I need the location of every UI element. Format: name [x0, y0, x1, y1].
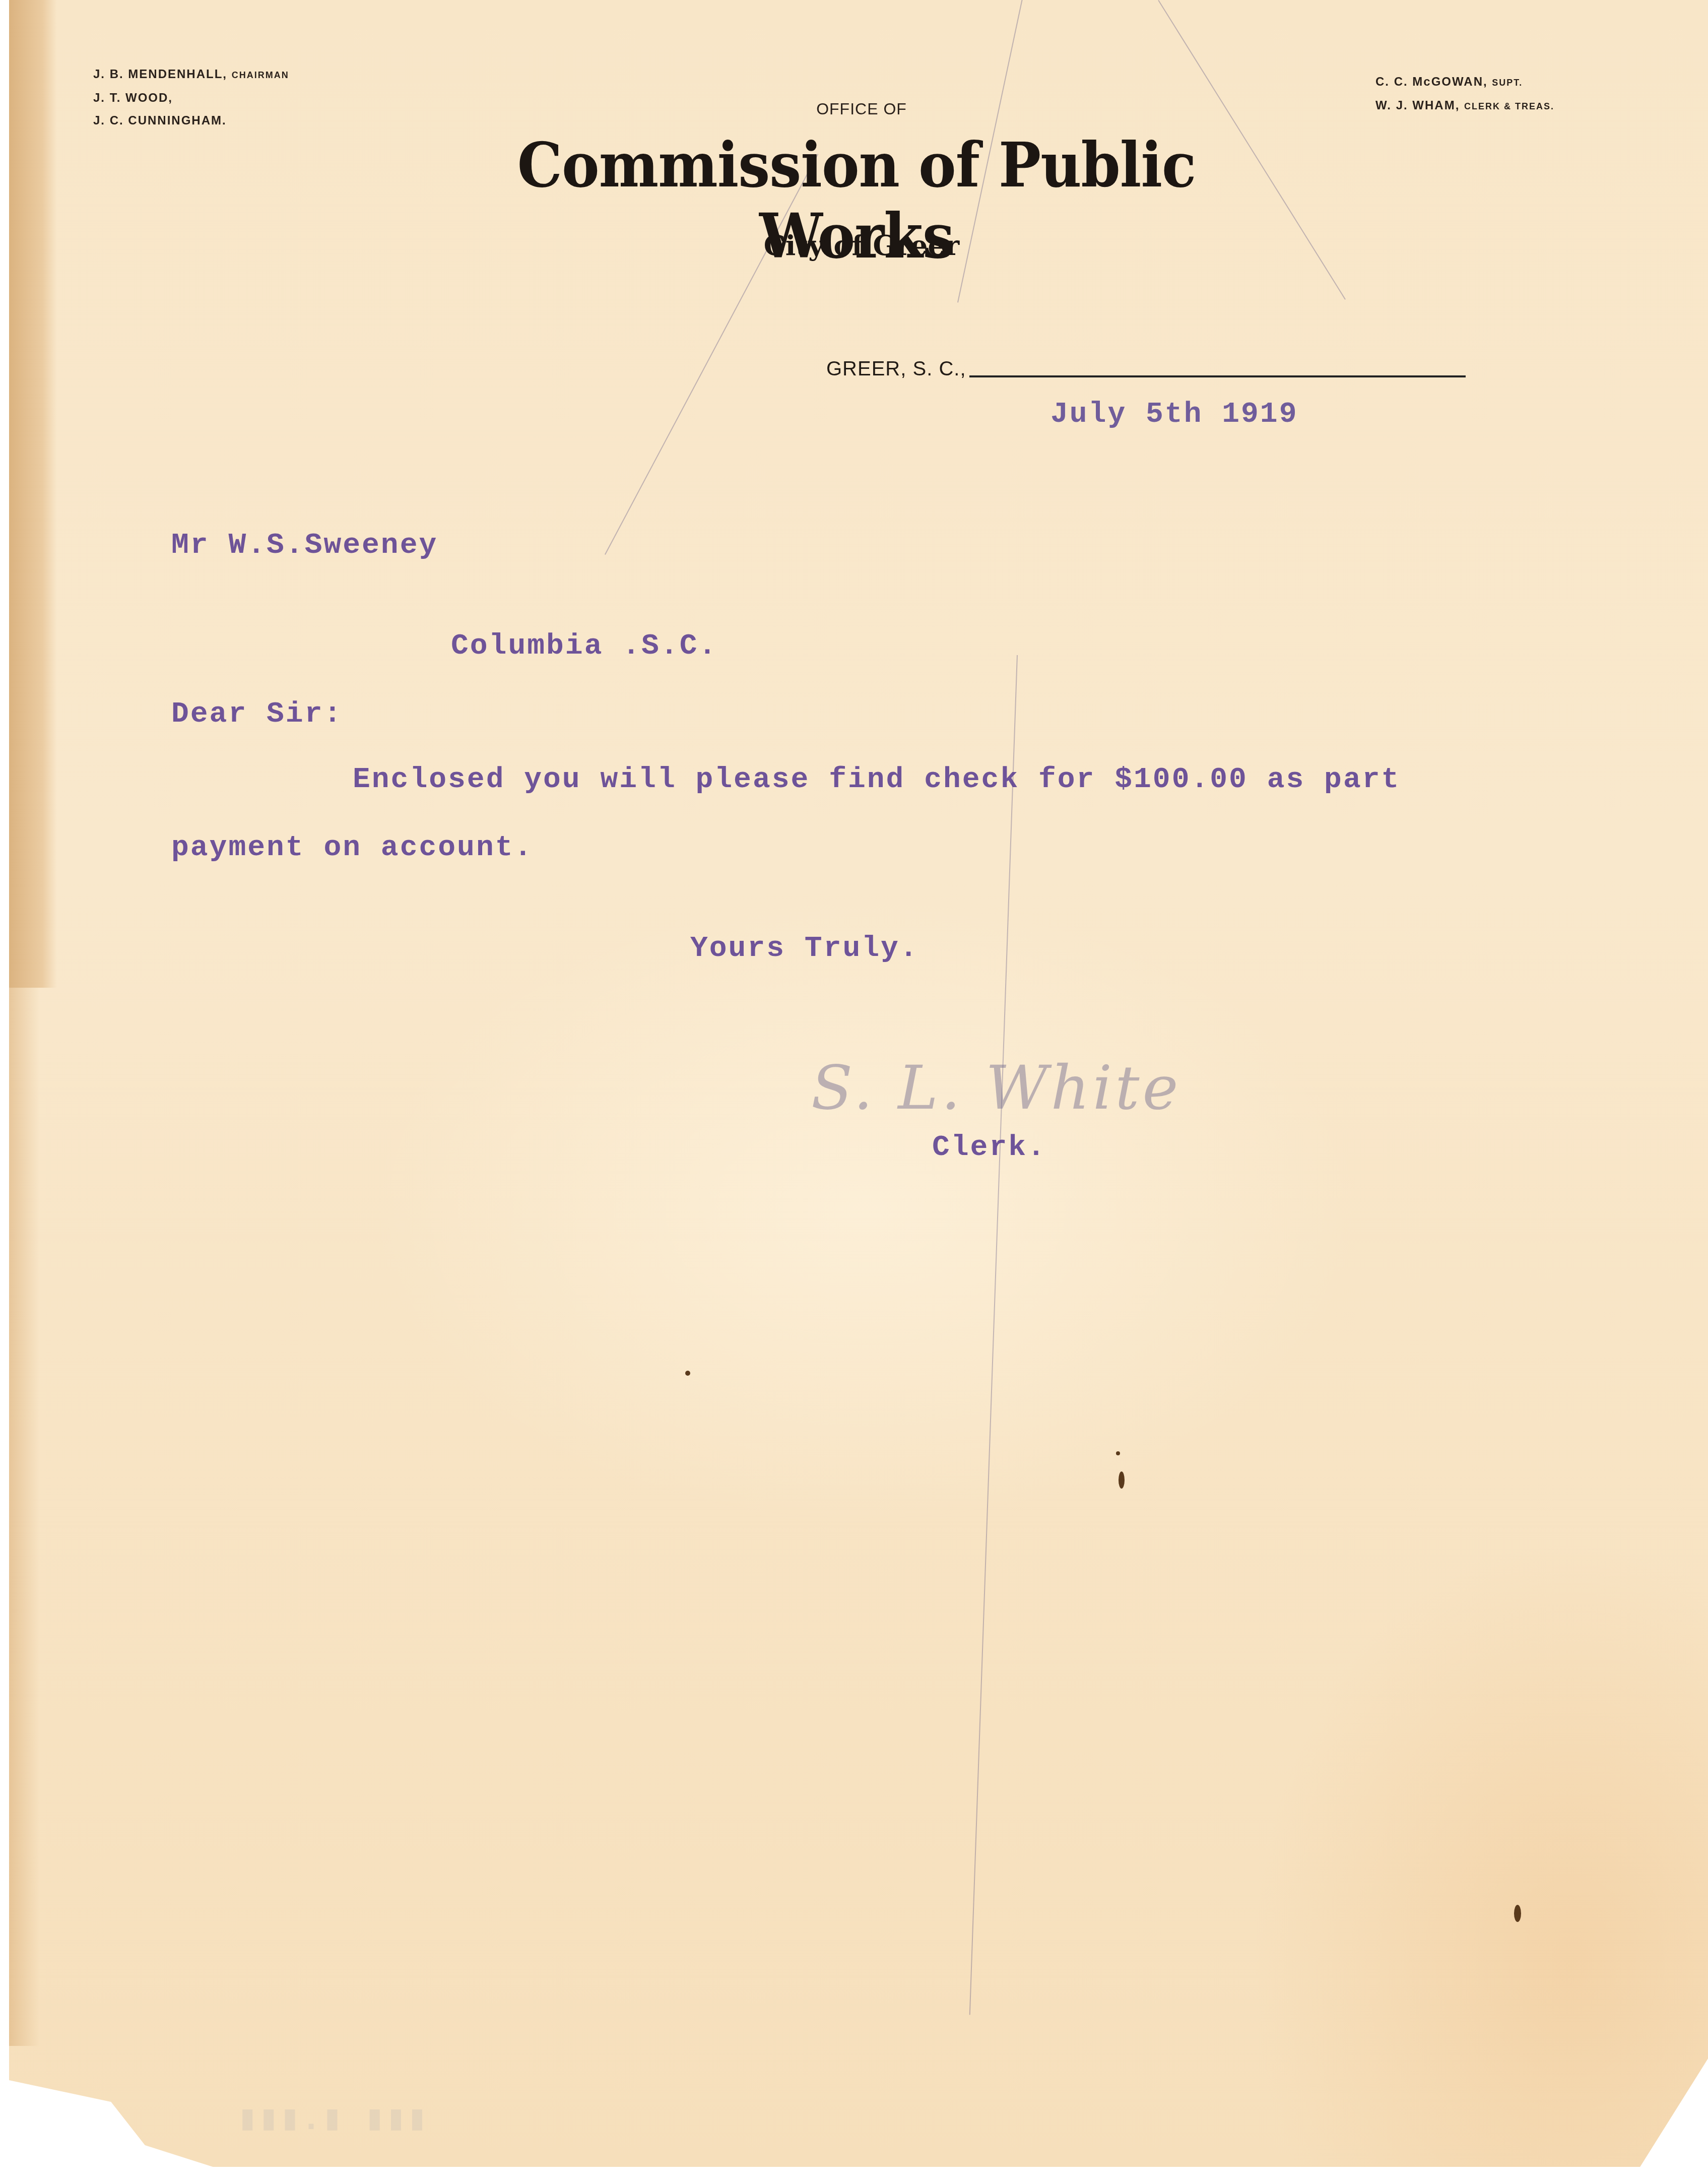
officer-line: J. C. CUNNINGHAM.: [93, 109, 289, 132]
place-label: GREER, S. C.,: [826, 358, 966, 380]
ink-spot: [1119, 1471, 1125, 1489]
ink-spot: [1116, 1451, 1120, 1455]
letterhead-officers-right: C. C. McGOWAN, SUPT. W. J. WHAM, CLERK &…: [1375, 71, 1554, 118]
letter-date: July 5th 1919: [1050, 398, 1298, 431]
letterhead-subtitle: City of Greer: [705, 229, 1018, 262]
bleed-through-marks: ▮▮▮ ▮.▮▮▮: [237, 2096, 428, 2140]
place-date-line: GREER, S. C.,: [826, 358, 1466, 380]
officer-line: J. B. MENDENHALL, CHAIRMAN: [93, 63, 289, 87]
salutation: Dear Sir:: [171, 698, 343, 731]
officer-line: W. J. WHAM, CLERK & TREAS.: [1375, 94, 1554, 118]
ink-spot: [685, 1371, 690, 1376]
office-of-label: OFFICE OF: [806, 100, 917, 118]
recipient-name: Mr W.S.Sweeney: [171, 529, 438, 562]
signer-title: Clerk.: [932, 1131, 1046, 1164]
body-line: Enclosed you will please find check for …: [353, 763, 1400, 796]
date-rule: [969, 375, 1466, 377]
body-line: payment on account.: [171, 831, 533, 864]
officer-line: J. T. WOOD,: [93, 87, 289, 109]
recipient-city: Columbia .S.C.: [451, 630, 717, 663]
handwritten-signature: S. L. White: [811, 1053, 1181, 1123]
edge-stain-lower: [9, 988, 39, 2046]
ink-spot: [1514, 1905, 1521, 1922]
edge-stain: [9, 0, 57, 988]
closing: Yours Truly.: [690, 932, 919, 965]
officer-line: C. C. McGOWAN, SUPT.: [1375, 71, 1554, 94]
letterhead-officers-left: J. B. MENDENHALL, CHAIRMAN J. T. WOOD, J…: [93, 63, 289, 132]
